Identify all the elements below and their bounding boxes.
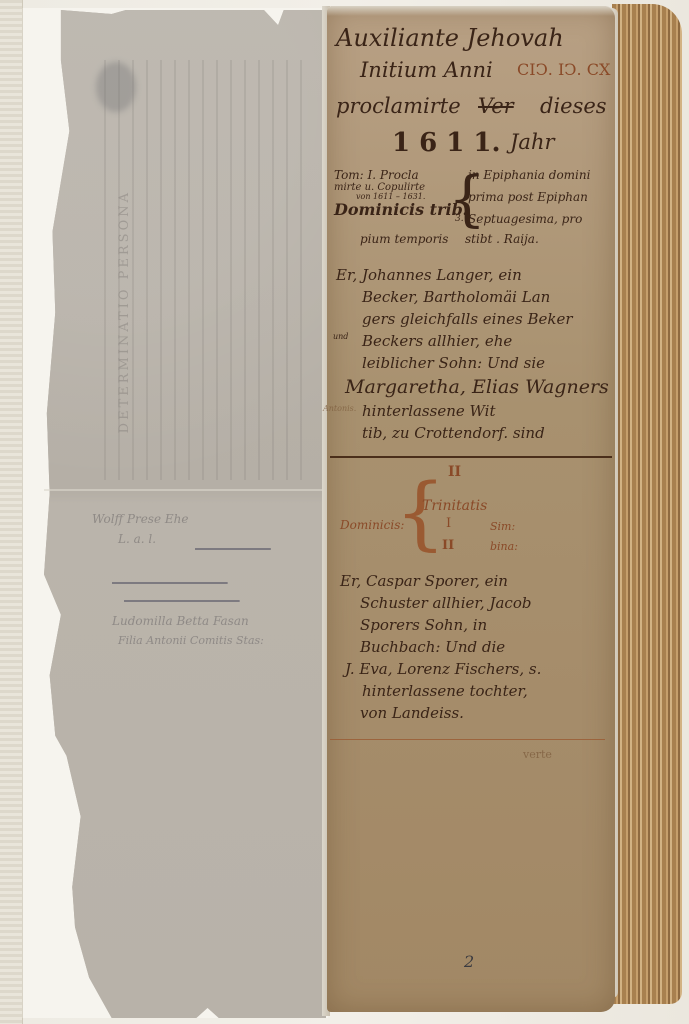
brace-item: Trinitatis bbox=[422, 498, 487, 514]
entry2-line: Er, Caspar Sporer, ein bbox=[340, 572, 508, 590]
entry2-line: Schuster allhier, Jacob bbox=[360, 594, 531, 612]
entry1-line: leiblicher Sohn: Und sie bbox=[362, 354, 545, 372]
heading-line-3: proclamirte bbox=[336, 94, 461, 118]
bleed-through-heading: DETERMINATIO PERSONA bbox=[118, 190, 131, 433]
entry2-line: Buchbach: Und die bbox=[360, 638, 505, 656]
entry2-line: hinterlassene tochter, bbox=[362, 682, 528, 700]
pencil-note-struck: ——— ——— ——— bbox=[124, 594, 344, 608]
margin-small-note: und bbox=[333, 332, 348, 341]
entry1-line: hinterlassene Wit bbox=[362, 402, 496, 420]
brace-item: II bbox=[442, 538, 454, 553]
entry1-line: tib, zu Crottendorf. sind bbox=[362, 424, 545, 442]
entry1-line: Margaretha, Elias Wagners bbox=[345, 376, 609, 398]
brace-item: I bbox=[446, 516, 451, 531]
entry1-line: Beckers allhier, ehe bbox=[362, 332, 512, 350]
pencil-note: Ludomilla Betta Fasan bbox=[112, 614, 332, 628]
entry-separator-rule bbox=[330, 456, 612, 458]
page-number: 2 bbox=[464, 952, 474, 971]
heading-line-2: Initium Anni bbox=[360, 58, 493, 82]
ink-smudge bbox=[96, 62, 136, 112]
pencil-note-struck: ——— ——— ——— bbox=[112, 576, 332, 590]
page-block-fore-edge bbox=[612, 4, 682, 1004]
entry-line: stibt . Raija. bbox=[465, 232, 539, 246]
page-top-edge bbox=[327, 6, 615, 16]
heading-line-3-end: dieses bbox=[540, 94, 607, 118]
heading-roman-year: CIↃ. IↃ. CX bbox=[517, 60, 610, 79]
entry2-line: J. Eva, Lorenz Fischers, s. bbox=[345, 660, 541, 678]
brace-right-item: bina: bbox=[490, 540, 518, 553]
brace-number: 3. bbox=[455, 214, 464, 224]
brace-item: in Epiphania domini bbox=[468, 168, 590, 182]
heading-word-jahr: Jahr bbox=[510, 130, 555, 154]
entry-line: pium temporis bbox=[360, 232, 448, 246]
pencil-note: Wolff Prese Ehe bbox=[92, 512, 312, 526]
heading-year: 1 6 1 1. bbox=[392, 128, 501, 158]
entry2-line: Sporers Sohn, in bbox=[360, 616, 487, 634]
brace-item: prima post Epiphan bbox=[468, 190, 588, 204]
brace-item: II bbox=[448, 464, 461, 480]
entry1-line: gers gleichfalls eines Beker bbox=[362, 310, 573, 328]
margin-note-line: Tom: I. Procla bbox=[334, 168, 419, 182]
faint-marginal-note: verte bbox=[523, 748, 552, 761]
heading-line-1: Auxiliante Jehovah bbox=[336, 24, 564, 52]
brace-right-item: Sim: bbox=[490, 520, 515, 533]
binding-edge bbox=[0, 0, 23, 1024]
entry1-line: Becker, Bartholomäi Lan bbox=[362, 288, 550, 306]
entry-separator-rule bbox=[330, 739, 605, 740]
entry2-line: von Landeiss. bbox=[360, 704, 464, 722]
margin-small-note: Antonis. bbox=[323, 404, 356, 413]
tissue-fold-line bbox=[44, 489, 326, 491]
heading-struck-word: Ver bbox=[478, 94, 514, 118]
pencil-note: Filia Antonii Comitis Stas: bbox=[118, 634, 338, 647]
brace-item: Septuagesima, pro bbox=[468, 212, 582, 226]
entry1-line: Er, Johannes Langer, ein bbox=[336, 266, 522, 284]
